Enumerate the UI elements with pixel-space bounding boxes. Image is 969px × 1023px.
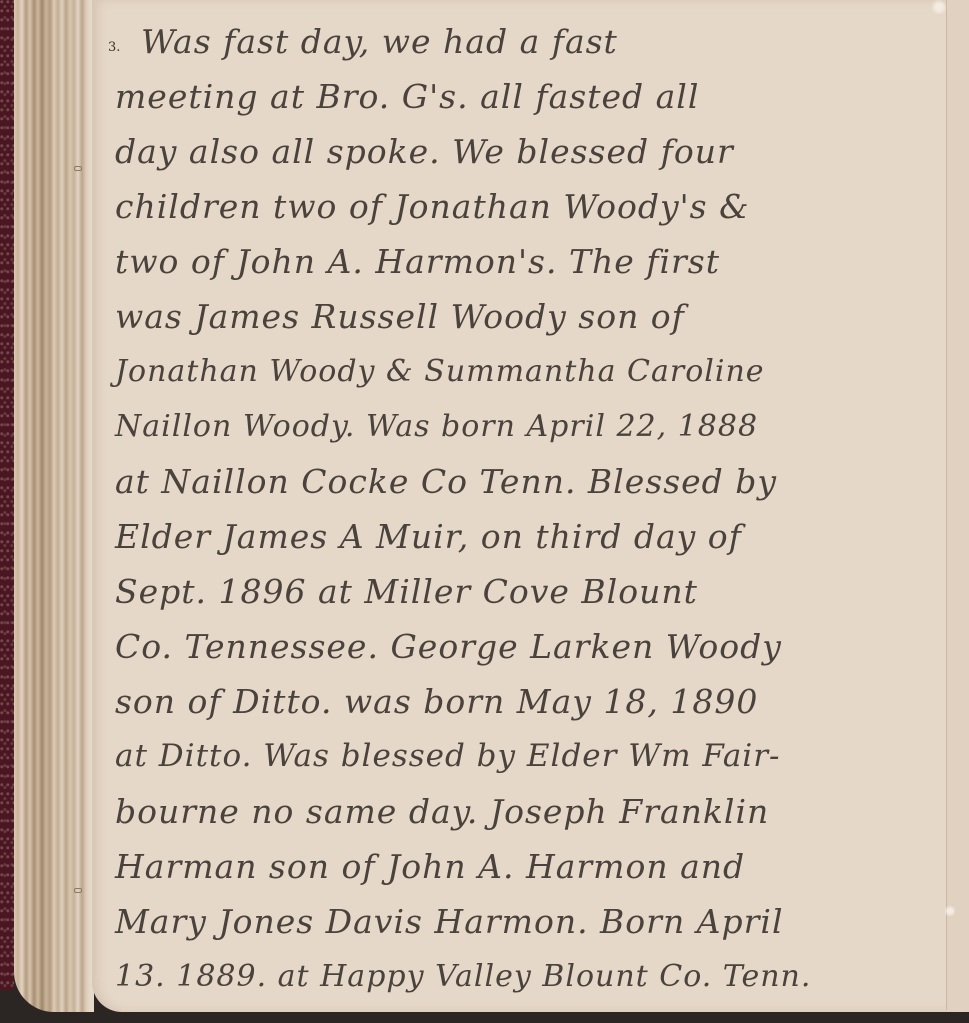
text-line: day also all spoke. We blessed four — [115, 118, 945, 173]
journal-photo: 3. Was fast day, we had a fast meeting a… — [0, 0, 969, 1023]
text-line: Was fast day, we had a fast — [115, 8, 945, 63]
text-line: was James Russell Woody son of — [115, 283, 945, 338]
text-line: Harman son of John A. Harmon and — [115, 833, 945, 888]
text-line: at Ditto. Was blessed by Elder Wm Fair- — [115, 723, 945, 778]
text-line: Mary Jones Davis Harmon. Born April — [115, 888, 945, 943]
text-line: 13. 1889. at Happy Valley Blount Co. Ten… — [115, 943, 945, 998]
next-page-edge — [947, 0, 969, 1010]
text-line: Naillon Woody. Was born April 22, 1888 — [115, 393, 945, 448]
page-tear-bottom — [944, 905, 956, 917]
page-stack-edges — [14, 0, 94, 1012]
text-line: Co. Tennessee. George Larken Woody — [115, 613, 945, 668]
text-line: Elder James A Muir, on third day of — [115, 503, 945, 558]
text-line: Sept. 1896 at Miller Cove Blount — [115, 558, 945, 613]
text-line: at Naillon Cocke Co Tenn. Blessed by — [115, 448, 945, 503]
book-cover-edge — [0, 0, 14, 990]
binding-stitch-mark — [74, 166, 82, 171]
binding-stitch-mark — [74, 888, 82, 893]
text-line: meeting at Bro. G's. all fasted all — [115, 63, 945, 118]
handwritten-text: Was fast day, we had a fast meeting at B… — [115, 8, 945, 998]
text-line: Jonathan Woody & Summantha Caroline — [115, 338, 945, 393]
text-line: children two of Jonathan Woody's & — [115, 173, 945, 228]
text-line: son of Ditto. was born May 18, 1890 — [115, 668, 945, 723]
text-line: bourne no same day. Joseph Franklin — [115, 778, 945, 833]
text-line: two of John A. Harmon's. The first — [115, 228, 945, 283]
